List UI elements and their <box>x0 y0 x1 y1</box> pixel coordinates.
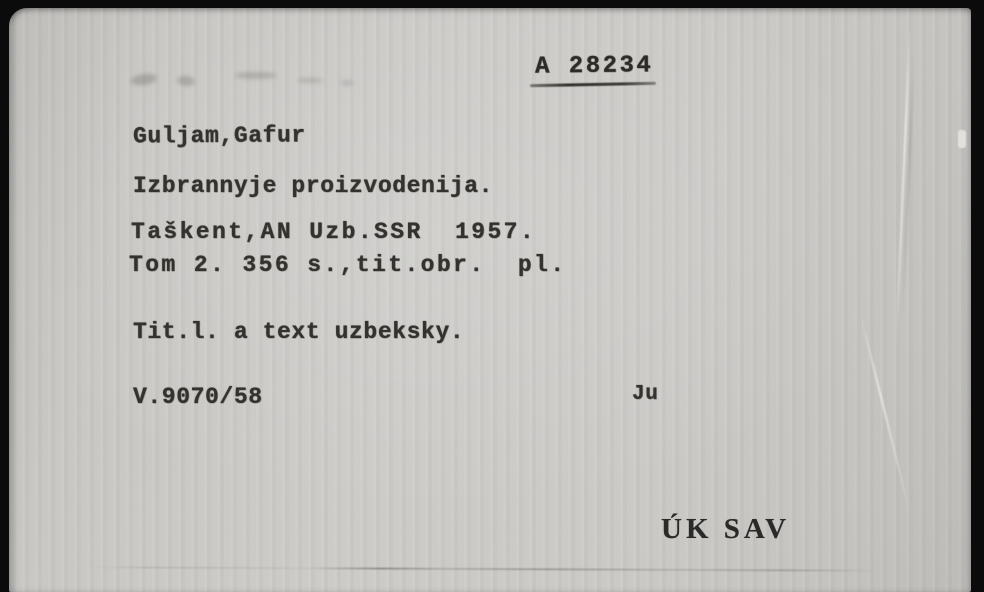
title-line: Izbrannyje proizvodenija. <box>133 173 493 199</box>
scanner-background: A 28234 Guljam,Gafur Izbrannyje proizvod… <box>0 0 984 592</box>
call-number: A 28234 <box>535 53 654 80</box>
paper-streaks <box>9 8 971 592</box>
language-note-line: Tit.l. a text uzbeksky. <box>133 319 464 345</box>
call-number-underline <box>530 82 656 87</box>
paper-grain-texture <box>9 8 971 592</box>
crease-shadow <box>901 48 915 328</box>
vertical-crease <box>895 28 911 348</box>
scratch-line <box>89 566 879 571</box>
accession-number: V.9070/58 <box>133 384 263 410</box>
collation-line: Tom 2. 356 s.,tit.obr. pl. <box>129 252 566 278</box>
library-stamp: ÚK SAV <box>661 513 790 546</box>
imprint-line: Taškent,AN Uzb.SSR 1957. <box>131 219 536 245</box>
author-line: Guljam,Gafur <box>133 122 306 149</box>
cataloguer-initials: Ju <box>632 382 658 408</box>
diagonal-crease <box>859 311 912 515</box>
edge-notch <box>958 130 966 148</box>
catalog-card: A 28234 Guljam,Gafur Izbrannyje proizvod… <box>9 8 971 592</box>
